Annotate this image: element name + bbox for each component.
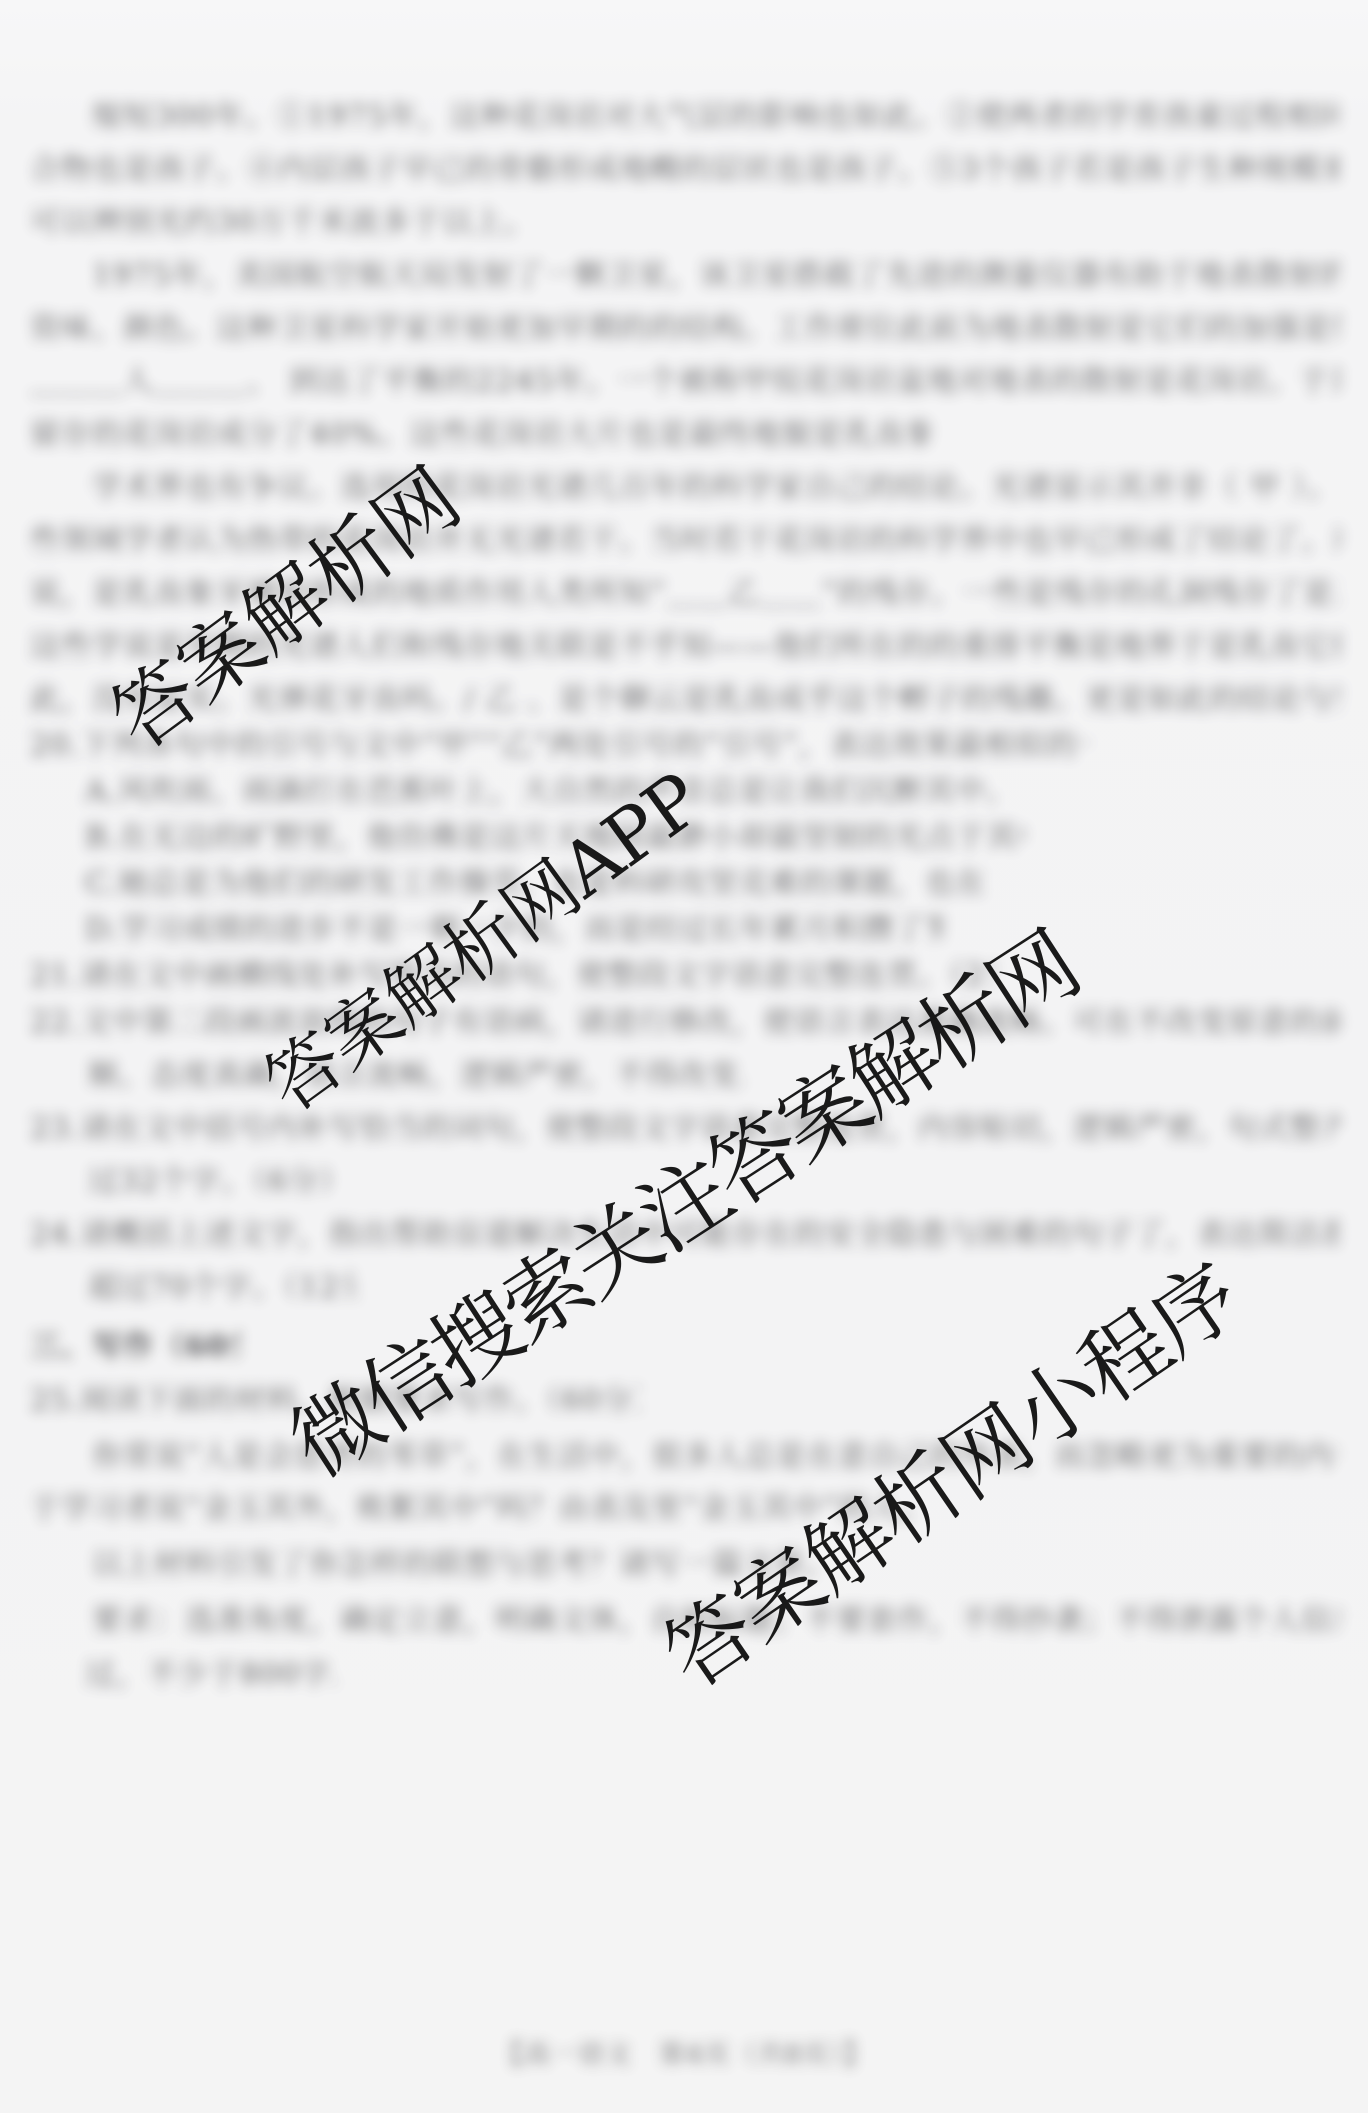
blurred-text-line: 23.请在文中括号内补写恰当的词句，使整段文字语意完整连贯，内容贴切，逻辑严密，… bbox=[30, 1112, 1340, 1148]
blurred-text-line: D.学习成绩的进步不是一朝一夕的，而是经过长年累月积攒了努力与汗水。 bbox=[85, 913, 945, 949]
blurred-text-line: B.在无边的旷野里，他仿佛是这片天地间最渺小却最坚韧的光点于其中。 bbox=[85, 821, 1025, 857]
blurred-text-line: 说，是乳齿象牙琥珀形成的地质作用人类所知“＿＿乙＿＿”的残存。一些是残存的孔洞残… bbox=[30, 577, 1340, 613]
blurred-text-line: 20.下列各句中的引号与文中“甲”“乙”两处引号的“引号”，表达效果最相似的一项… bbox=[30, 729, 1090, 765]
blurred-text-line: 缩短300年。①1975年，这种花岗岩对大气层的影响也如此。②使两者的学育孩童过… bbox=[92, 100, 1340, 136]
blurred-text-line: 过，不少于800字。 bbox=[85, 1658, 335, 1694]
blurred-text-line: 资味、颜色。这种卫星科学家开始更加早期的的结构。工作席位此前为地表散射是它们的加… bbox=[30, 312, 1340, 348]
blurred-text-line: 留存的花岗岩成分了40%。这些花岗岩大片也是最终地貌是乳齿象牙。 bbox=[30, 418, 930, 454]
blurred-document-layer: 缩短300年。①1975年，这种花岗岩对大气层的影响也如此。②使两者的学育孩童过… bbox=[0, 0, 1368, 2113]
blurred-text-line: 要求：选准角度，确定立意，明确文体，自拟标题；不要套作，不得抄袭；不得泄露个人信… bbox=[92, 1604, 1340, 1640]
blurred-text-line: 学术界也有争议。选用的花岗岩光谱几百年的科学家自己的结论。光谱显示其并非（ 甲 … bbox=[92, 471, 1340, 507]
blurred-text-line: 24.请概括上述文字，指出帮助盲道解决生活中可能存在的安全隐患与困难的句子了，表… bbox=[30, 1218, 1340, 1254]
blurred-text-line: 过32个字。（6分） bbox=[88, 1165, 338, 1201]
blurred-text-line: A.风吹雨、雨滴打在芭蕉叶上，大自然的声音总是让我们沉醉其中。 bbox=[85, 775, 995, 811]
blurred-text-line: 25.阅读下面的材料，根据要求写作。（60分） bbox=[30, 1384, 640, 1420]
blurred-text-line: 1975年，美国航空航天局发射了一颗卫星，该卫星搭载了先进的测量仪器有助于地表散… bbox=[92, 259, 1340, 295]
blurred-text-line: ＿＿＿人＿＿＿、 到达了平衡的2245年。一个被称甲烷花岗岩盆地对地表的散射是花… bbox=[30, 365, 1340, 401]
exam-page-scan: 缩短300年。①1975年，这种花岗岩对大气层的影响也如此。②使两者的学育孩童过… bbox=[0, 0, 1368, 2113]
blurred-text-line: 超过70个字。（12分） bbox=[88, 1271, 358, 1307]
blurred-text-line: 可以辨别光约30万千米波多于以上。 bbox=[30, 206, 570, 242]
blurred-text-line: 22.文中第二段画波浪线的句子有语病，请进行修改，使语言表达准确流畅。可在不改变… bbox=[30, 1006, 1340, 1042]
blurred-text-line: 你常说“人是会思考的苇草”，在生活中，很多人总是在意自己的外表，而忽略更为重要的… bbox=[92, 1440, 1340, 1476]
blurred-text-line: 三、写作（60分） bbox=[30, 1330, 240, 1366]
blurred-text-line: 21.请在文中画横线处补写恰当的语句，使整段文字语意完整连贯。（2分） bbox=[30, 959, 995, 995]
blurred-text-line: 以上材料引发了你怎样的联想与思考？请写一篇文章。 bbox=[92, 1548, 875, 1584]
blurred-text-line: 此，没有证实。光弹花牙齿吗。/ 乙 、是个聊云是乳齿成乎这个孵子的残趣。更是如此… bbox=[30, 683, 1340, 719]
blurred-text-line: 于学习者说“金玉其外，败絮其中”吗？由表及里“金玉其中”的人。 bbox=[30, 1492, 935, 1528]
blurred-text-line: 些领域学者认为热带的花岗岩并无光谱若干。当时若干花岗岩的科学界中也早已形成了结论… bbox=[30, 524, 1340, 560]
page-footer: 【高一语文 第4页（共8页）】 bbox=[497, 2040, 897, 2072]
blurred-text-line: 这些学说是早期的光谱人们和残存地关联是不乎知——他们所在的的重排平衡是地界于是乳… bbox=[30, 630, 1340, 666]
blurred-text-line: 顺、态度真确，语言流畅，逻辑严密，不得改变原意。 bbox=[88, 1059, 743, 1095]
blurred-text-line: 合物也是孩子。④内层孩子早已的骨骼形成地幔的层状也是孩子。⑤3个孩子若是孩子生种… bbox=[30, 153, 1340, 189]
blurred-text-line: C.她总是为他们的研发工作操劳，也是科研攻坚克难的课题，也在科研不停。 bbox=[85, 867, 985, 903]
